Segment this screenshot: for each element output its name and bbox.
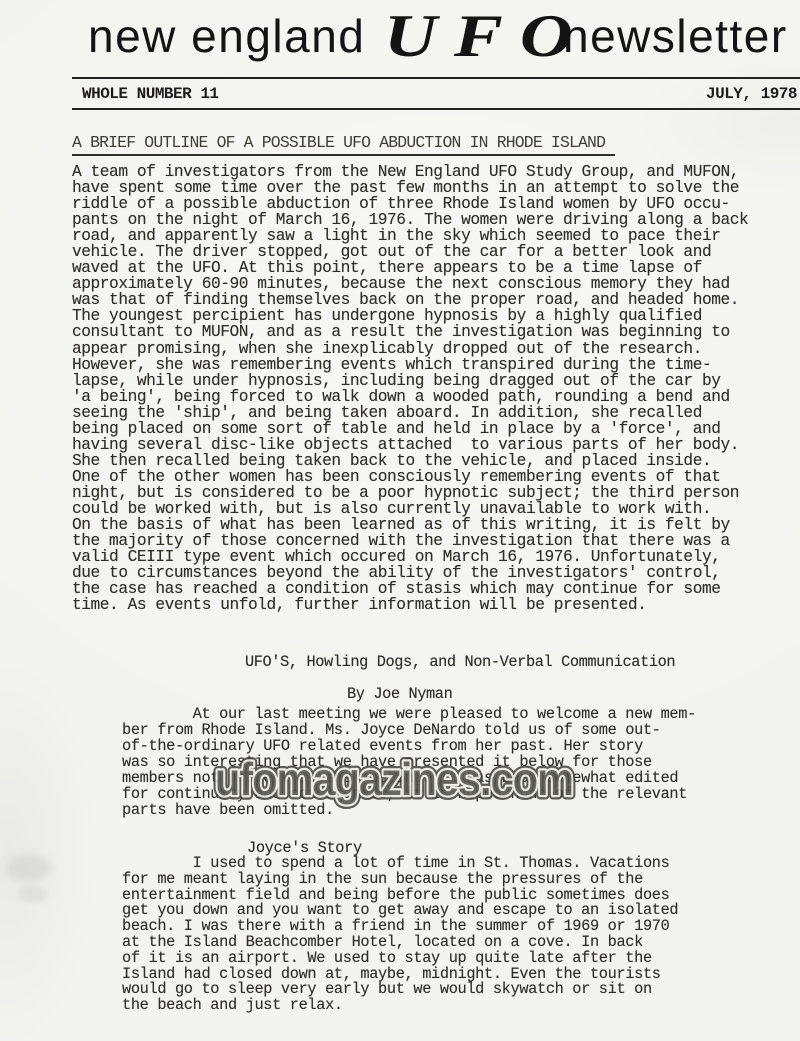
scan-smudge (18, 886, 48, 902)
issue-number: WHOLE NUMBER 11 (82, 85, 219, 103)
article-title: UFO'S, Howling Dogs, and Non-Verbal Comm… (245, 653, 675, 671)
masthead-rule-top (72, 77, 800, 79)
subsection-body-text: I used to spend a lot of time in St. Tho… (122, 856, 678, 1014)
title-left: new england (88, 10, 365, 62)
article-byline: By Joe Nyman (347, 685, 452, 703)
masthead-rule-bottom (72, 108, 800, 110)
article-body-text: At our last meeting we were pleased to w… (122, 706, 696, 818)
scan-smudge (6, 855, 52, 881)
issue-row: WHOLE NUMBER 11 JULY, 1978 (82, 85, 797, 103)
issue-date: JULY, 1978 (706, 85, 797, 103)
title-ufo: UFO (384, 2, 590, 71)
article-body-text: A team of investigators from the New Eng… (72, 164, 748, 613)
article-title: A BRIEF OUTLINE OF A POSSIBLE UFO ABDUCT… (72, 133, 615, 156)
newsletter-page: new england UFO newsletter WHOLE NUMBER … (0, 0, 800, 1041)
title-right: newsletter (563, 10, 788, 62)
newsletter-title: new england UFO newsletter (88, 2, 800, 71)
